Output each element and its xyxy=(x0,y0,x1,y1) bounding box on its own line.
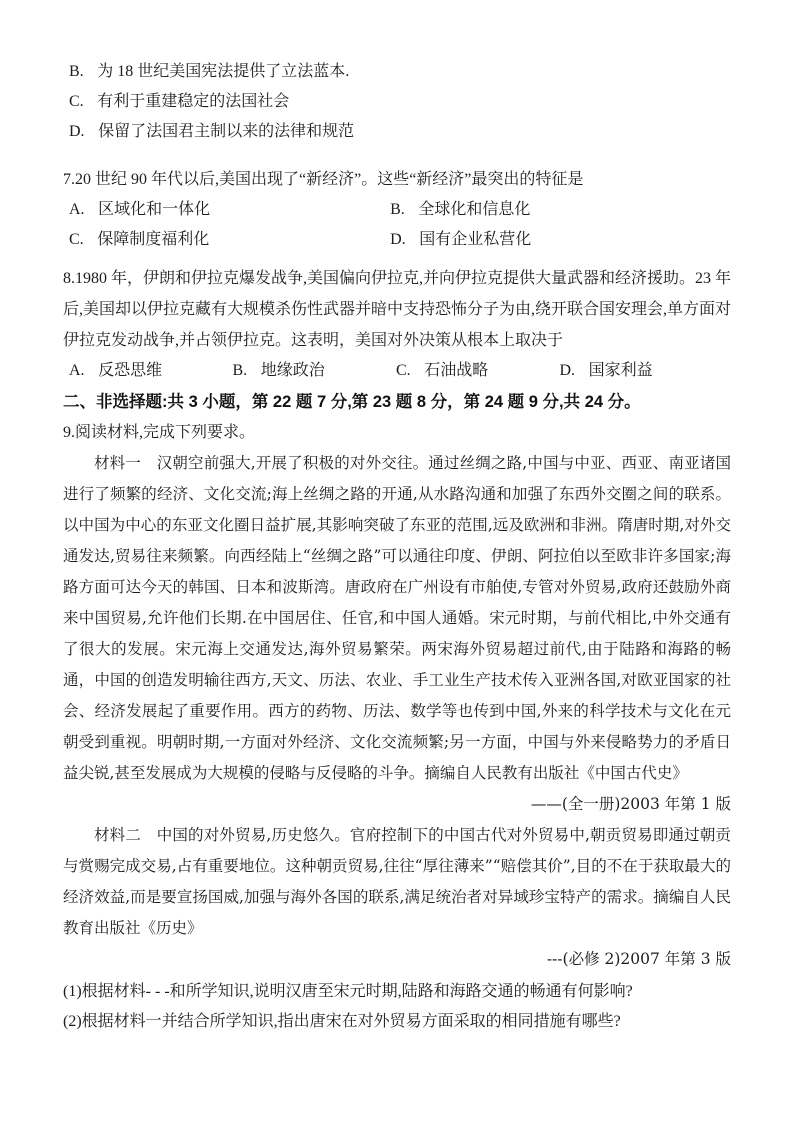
option-d: D. 国有企业私营化 xyxy=(390,225,531,255)
material-2-text: 材料二 中国的对外贸易,历史悠久。官府控制下的中国古代对外贸易中,朝贡贸易即通过… xyxy=(63,820,731,944)
option-d: D. 国家利益 xyxy=(560,356,653,386)
question-7-options-row-2: C. 保障制度福利化 D. 国有企业私营化 xyxy=(63,225,731,255)
option-line-d: D. 保留了法国君主制以来的法律和规范 xyxy=(63,117,731,147)
option-text: 国有企业私营化 xyxy=(419,231,531,248)
option-label: A. xyxy=(69,195,85,225)
option-text: 石油战略 xyxy=(424,362,488,379)
option-line-b: B. 为 18 世纪美国宪法提供了立法蓝本. xyxy=(63,57,731,87)
question-7-stem: 7.20 世纪 90 年代以后,美国出现了“新经济”。这些“新经济”最突出的特征… xyxy=(63,165,731,195)
option-c: C. 保障制度福利化 xyxy=(69,225,390,255)
option-label: D. xyxy=(69,117,85,147)
option-label: D. xyxy=(390,225,406,255)
option-label: B. xyxy=(390,195,405,225)
option-b: B. 地缘政治 xyxy=(233,356,397,386)
option-line-c: C. 有利于重建稳定的法国社会 xyxy=(63,87,731,117)
option-text: 为 18 世纪美国宪法提供了立法蓝本. xyxy=(97,63,349,80)
exam-document-page: B. 为 18 世纪美国宪法提供了立法蓝本. C. 有利于重建稳定的法国社会 D… xyxy=(0,0,793,1122)
option-b: B. 全球化和信息化 xyxy=(390,195,530,225)
sub-question-2: (2)根据材料一并结合所学知识,指出唐宋在对外贸易方面采取的相同措施有哪些? xyxy=(63,1007,731,1037)
option-a: A. 区域化和一体化 xyxy=(69,195,390,225)
option-label: C. xyxy=(396,356,411,386)
option-label: D. xyxy=(560,356,576,386)
section-2-heading: 二、非选择题:共 3 小题，第 22 题 7 分,第 23 题 8 分，第 24… xyxy=(63,386,731,418)
option-text: 保留了法国君主制以来的法律和规范 xyxy=(98,123,354,140)
question-8-stem: 8.1980 年，伊朗和伊拉克爆发战争,美国偏向伊拉克,并向伊拉克提供大量武器和… xyxy=(63,263,731,356)
option-text: 保障制度福利化 xyxy=(97,231,209,248)
option-text: 国家利益 xyxy=(589,362,653,379)
question-7-options-row-1: A. 区域化和一体化 B. 全球化和信息化 xyxy=(63,195,731,225)
option-text: 反恐思维 xyxy=(98,362,162,379)
option-a: A. 反恐思维 xyxy=(69,356,233,386)
question-9-intro: 9.阅读材料,完成下列要求。 xyxy=(63,418,731,448)
option-text: 地缘政治 xyxy=(261,362,325,379)
material-1-source: ——(全一册)2003 年第 1 版 xyxy=(63,789,731,820)
option-label: C. xyxy=(69,87,84,117)
sub-question-1: (1)根据材料- - -和所学知识,说明汉唐至宋元时期,陆路和海路交通的畅通有何… xyxy=(63,977,731,1007)
option-text: 有利于重建稳定的法国社会 xyxy=(97,93,289,110)
option-label: A. xyxy=(69,356,85,386)
option-label: B. xyxy=(69,57,84,87)
option-label: B. xyxy=(233,356,248,386)
option-text: 区域化和一体化 xyxy=(98,201,210,218)
question-8-options-row: A. 反恐思维 B. 地缘政治 C. 石油战略 D. 国家利益 xyxy=(63,356,731,386)
option-label: C. xyxy=(69,225,84,255)
material-2-source: ---(必修 2)2007 年第 3 版 xyxy=(63,944,731,975)
option-c: C. 石油战略 xyxy=(396,356,560,386)
material-1-text: 材料一 汉朝空前强大,开展了积极的对外交往。通过丝绸之路,中国与中亚、西亚、南亚… xyxy=(63,448,731,789)
option-text: 全球化和信息化 xyxy=(418,201,530,218)
